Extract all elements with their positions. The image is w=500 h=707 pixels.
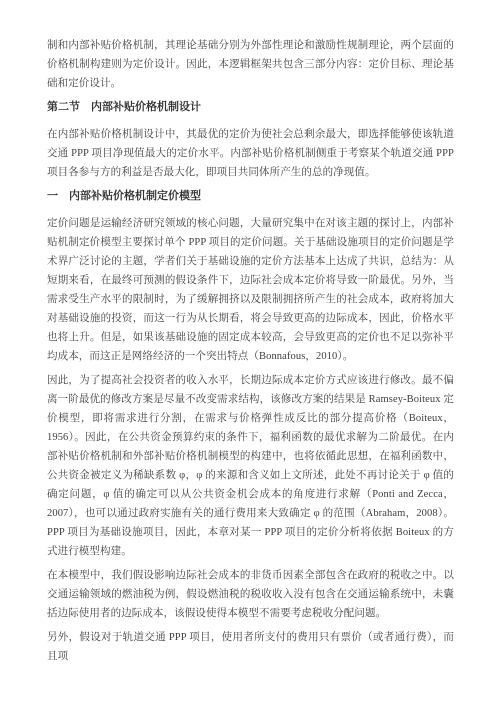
body-paragraph: 定价问题是运输经济研究领域的核心问题，大量研究集中在对该主题的探讨上，内部补贴机… bbox=[47, 214, 454, 366]
body-paragraph-continued: 制和内部补贴价格机制，其理论基础分别为外部性理论和激励性规制理论，两个层面的价格… bbox=[47, 36, 454, 93]
body-paragraph: 在本模型中，我们假设影响边际社会成本的非货币因素全部包含在政府的税收之中。以交通… bbox=[47, 566, 454, 623]
subsection-heading: 一 内部补贴价格机制定价模型 bbox=[47, 187, 454, 206]
body-paragraph: 因此，为了提高社会投资者的收入水平，长期边际成本定价方式应该进行修改。最不偏离一… bbox=[47, 371, 454, 561]
body-paragraph: 在内部补贴价格机制设计中，其最优的定价为使社会总剩余最大，即选择能够使该轨道交通… bbox=[47, 125, 454, 182]
body-paragraph-truncated: 另外，假设对于轨道交通 PPP 项目，使用者所支付的费用只有票价（或者通行费），… bbox=[47, 628, 454, 666]
section-heading: 第二节 内部补贴价格机制设计 bbox=[47, 98, 454, 117]
document-page: 制和内部补贴价格机制，其理论基础分别为外部性理论和激励性规制理论，两个层面的价格… bbox=[0, 0, 500, 707]
